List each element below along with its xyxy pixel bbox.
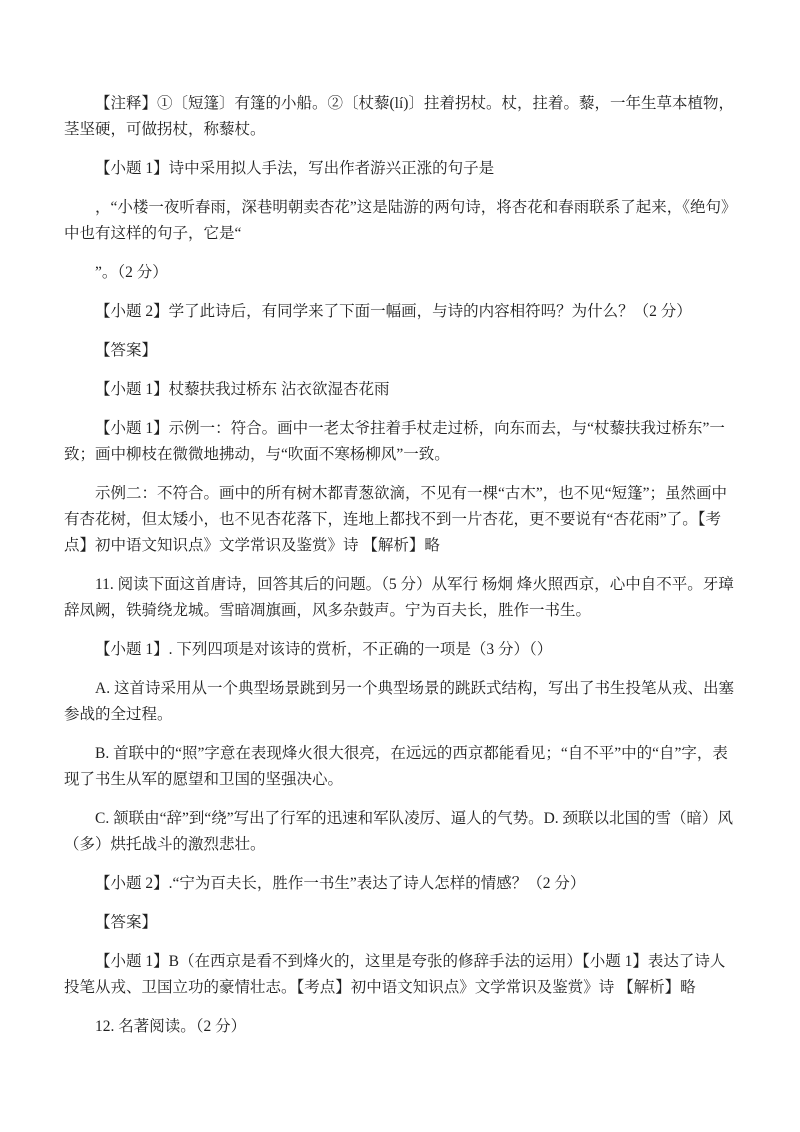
option-c-d: C. 颔联由“辞”到“绕”写出了行军的迅速和军队凌厉、逼人的气势。D. 颈联以北…	[64, 806, 737, 858]
option-a: A. 这首诗采用从一个典型场景跳到另一个典型场景的跳跃式结构，写出了书生投笔从戎…	[64, 676, 737, 728]
question-11-sub1-prompt: 【小题 1】. 下列四项是对该诗的赏析，不正确的一项是（3 分）（）	[64, 637, 737, 663]
question-11-stem: 11. 阅读下面这首唐诗，回答其后的问题。（5 分）从军行 杨炯 烽火照西京，心…	[64, 572, 737, 624]
question-1-context: ，“小楼一夜听春雨，深巷明朝卖杏花”这是陆游的两句诗，将杏花和春雨联系了起来，《…	[64, 195, 737, 247]
document-page: 【注释】①〔短篷〕有篷的小船。②〔杖藜(lí)〕拄着拐杖。杖，拄着。藜，一年生草…	[0, 0, 800, 1132]
note-annotation: 【注释】①〔短篷〕有篷的小船。②〔杖藜(lí)〕拄着拐杖。杖，拄着。藜，一年生草…	[64, 91, 737, 143]
document-body: 【注释】①〔短篷〕有篷的小船。②〔杖藜(lí)〕拄着拐杖。杖，拄着。藜，一年生草…	[64, 91, 737, 1040]
answer-1-line: 【小题 1】杖藜扶我过桥东 沾衣欲湿杏花雨	[64, 377, 737, 403]
question-11-sub2-prompt: 【小题 2】.“宁为百夫长，胜作一书生”表达了诗人怎样的情感？（2 分）	[64, 871, 737, 897]
question-2-prompt: 【小题 2】学了此诗后，有同学来了下面一幅画，与诗的内容相符吗？为什么？（2 分…	[64, 299, 737, 325]
answer-1-example-1: 【小题 1】示例一：符合。画中一老太爷拄着手杖走过桥，向东而去，与“杖藜扶我过桥…	[64, 416, 737, 468]
answer-11-text: 【小题 1】B（在西京是看不到烽火的，这里是夸张的修辞手法的运用）【小题 1】表…	[64, 949, 737, 1001]
question-1-prompt: 【小题 1】诗中采用拟人手法，写出作者游兴正涨的句子是	[64, 156, 737, 182]
answer-header-1: 【答案】	[64, 338, 737, 364]
answer-1-example-2: 示例二：不符合。画中的所有树木都青葱欲滴，不见有一棵“古木”，也不见“短篷”；虽…	[64, 481, 737, 559]
answer-header-2: 【答案】	[64, 910, 737, 936]
option-b: B. 首联中的“照”字意在表现烽火很大很亮，在远远的西京都能看见；“自不平”中的…	[64, 741, 737, 793]
question-12-stem: 12. 名著阅读。（2 分）	[64, 1014, 737, 1040]
question-1-score: ”。（2 分）	[64, 260, 737, 286]
